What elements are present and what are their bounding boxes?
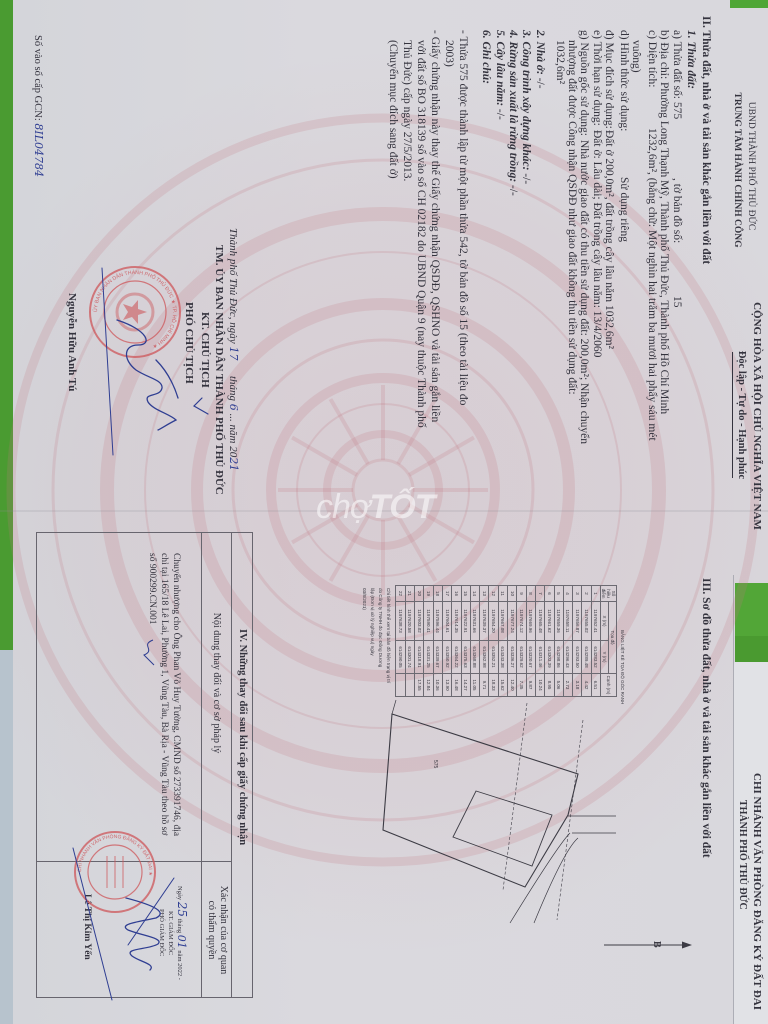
- red-seal-stamp: [90, 267, 180, 357]
- planning-line: [503, 703, 527, 890]
- planning-line: [557, 720, 583, 920]
- watermark-part-2: TỐT: [369, 488, 434, 526]
- parcel-number-label: 575: [432, 760, 438, 769]
- watermark-part-1: chợ: [316, 488, 369, 526]
- parcel-sketch: [383, 700, 616, 923]
- signature-vice-chairman: [102, 268, 208, 455]
- red-seal-stamp: [75, 832, 155, 912]
- north-arrow-label: B: [651, 941, 662, 948]
- parcel-boundary: [383, 714, 578, 887]
- initials-mark: [144, 640, 154, 665]
- chotot-watermark: chợTỐT: [316, 488, 434, 527]
- north-arrow: [604, 942, 692, 949]
- house-footprint: [453, 791, 552, 866]
